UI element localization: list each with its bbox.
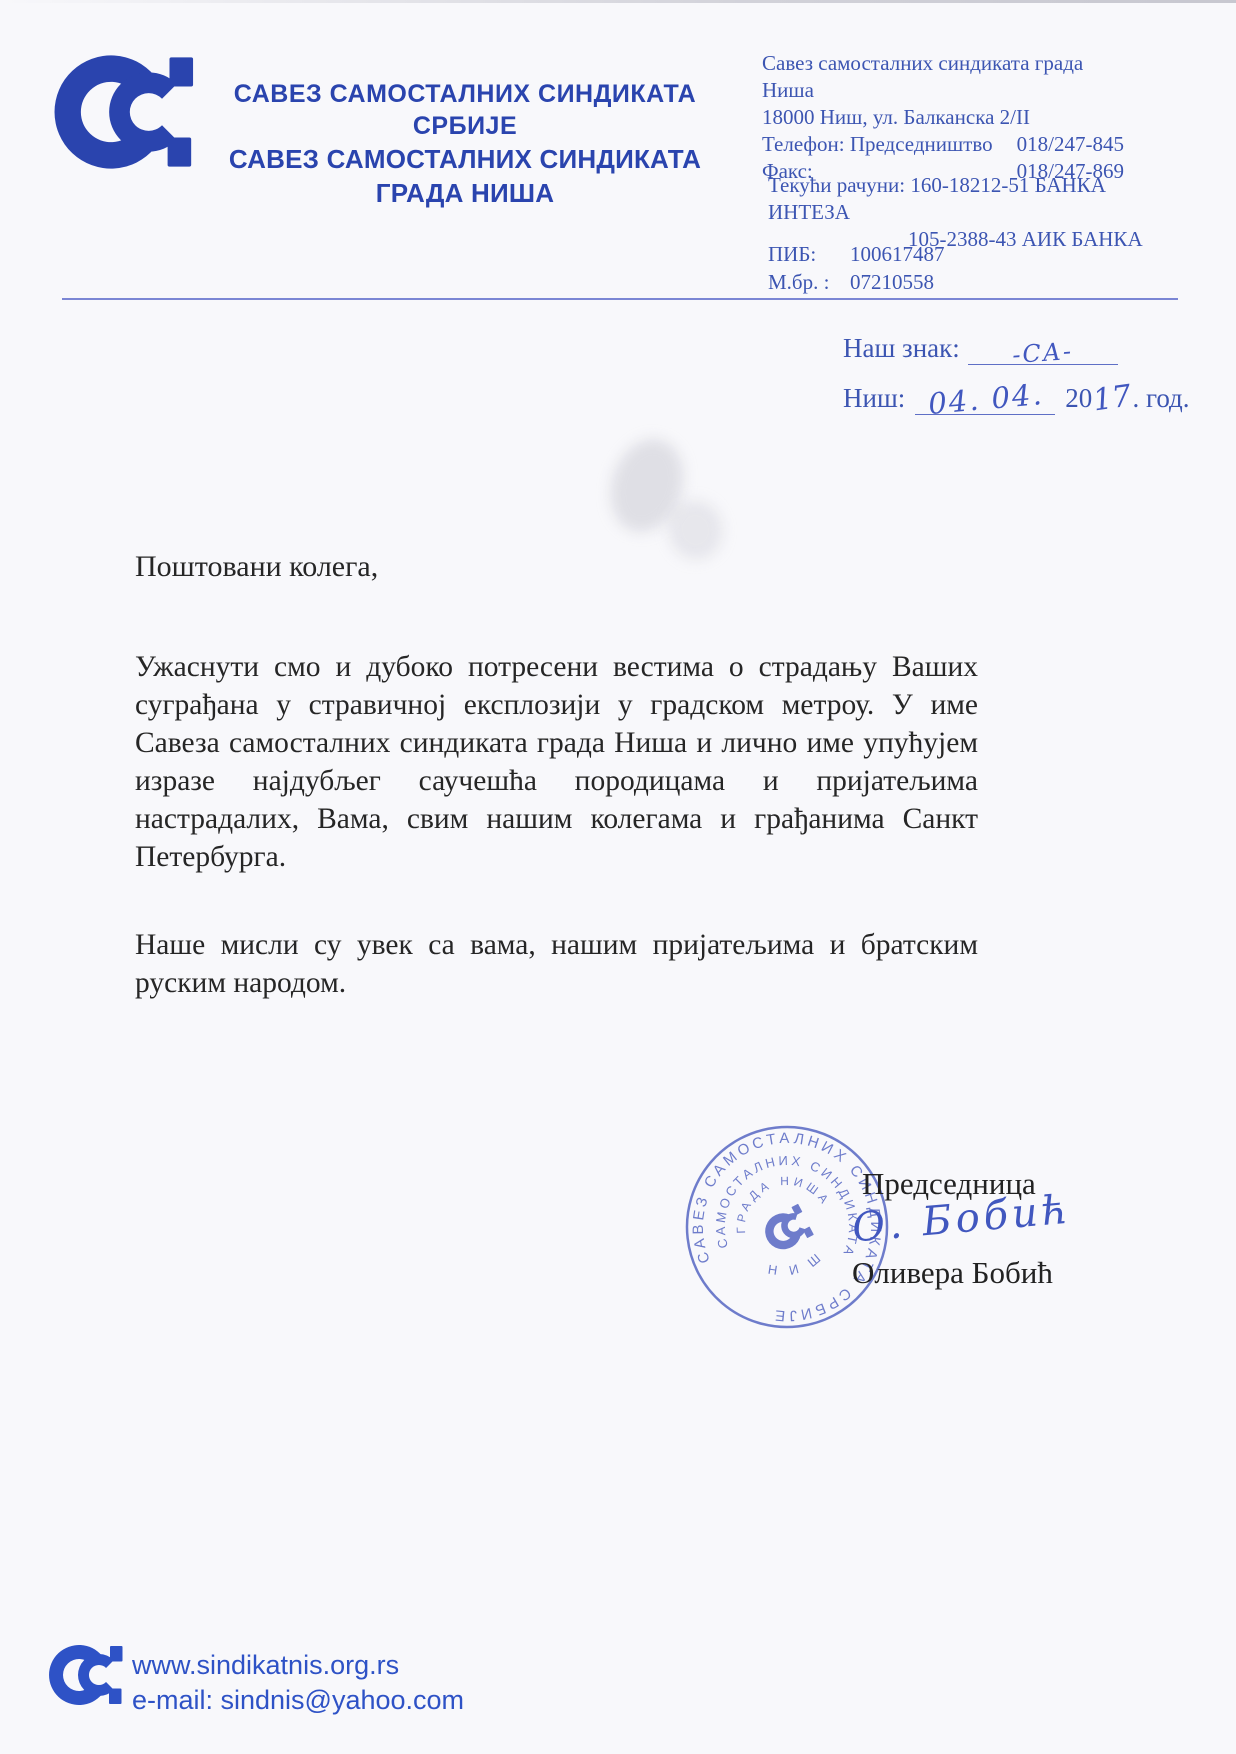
stamp-bottom-city-text: Н И Ш <box>761 1237 828 1291</box>
contact-block: Савез самосталних синдиката града Ниша 1… <box>762 50 1124 185</box>
year-prefix: 20 <box>1065 383 1092 414</box>
accounts-line1: Текући рачуни: 160-18212-51 БАНКА ИНТЕЗА <box>768 172 1168 226</box>
pib-label: ПИБ: <box>768 240 850 268</box>
letter-paragraph-2: Наше мисли су увек са вама, нашим пријат… <box>135 926 978 1002</box>
cc-logo-icon <box>52 46 204 178</box>
footer-contact-block: www.sindikatnis.org.rs e-mail: sindnis@y… <box>132 1648 464 1718</box>
union-cc-logo <box>52 46 204 183</box>
pib-row: ПИБ: 100617487 <box>768 240 1068 268</box>
year-handwritten: 17 <box>1091 379 1134 419</box>
phone-label: Телефон: Председништво <box>762 131 993 158</box>
stamp-center-cc-logo <box>759 1203 815 1255</box>
letter-paragraph-1: Ужаснути смо и дубоко потресени вестима … <box>135 648 978 876</box>
letterhead-divider-line <box>62 298 1178 300</box>
svg-text:Н И Ш: Н И Ш <box>761 1237 828 1291</box>
contact-address: 18000 Ниш, ул. Балканска 2/II <box>762 104 1124 131</box>
salutation: Поштовани колега, <box>135 550 378 584</box>
mbr-row: М.бр. : 07210558 <box>768 268 1068 296</box>
our-reference-label: Наш знак: <box>843 333 960 364</box>
date-row: Ниш: 04. 04. 20 17 . год. <box>843 380 1190 415</box>
org-name-serbia: САВЕЗ САМОСТАЛНИХ СИНДИКАТА СРБИЈЕ <box>185 78 745 142</box>
company-ids-block: ПИБ: 100617487 М.бр. : 07210558 <box>768 240 1068 296</box>
contact-org-name: Савез самосталних синдиката града Ниша <box>762 50 1124 104</box>
cc-logo-icon <box>48 1640 128 1710</box>
phone-number: 018/247-845 <box>1017 131 1124 158</box>
scan-edge-artifact <box>0 0 1236 3</box>
email-address: e-mail: sindnis@yahoo.com <box>132 1683 464 1718</box>
our-reference-handwritten: -СА- <box>1012 337 1075 369</box>
year-suffix: . год. <box>1132 383 1189 414</box>
mbr-label: М.бр. : <box>768 268 850 296</box>
contact-phone-row: Телефон: Председништво 018/247-845 <box>762 131 1124 158</box>
our-reference-blank: -СА- <box>968 333 1118 365</box>
date-blank: 04. 04. <box>915 380 1055 415</box>
org-name-nis: САВЕЗ САМОСТАЛНИХ СИНДИКАТА ГРАДА НИША <box>185 142 745 210</box>
footer-cc-logo <box>48 1640 128 1715</box>
letterhead-org-titles: САВЕЗ САМОСТАЛНИХ СИНДИКАТА СРБИЈЕ САВЕЗ… <box>185 78 745 210</box>
signer-name: Оливера Бобић <box>852 1255 1053 1291</box>
website-url: www.sindikatnis.org.rs <box>132 1648 464 1683</box>
date-handwritten: 04. 04. <box>926 377 1044 421</box>
city-label: Ниш: <box>843 383 905 414</box>
pib-value: 100617487 <box>850 240 945 268</box>
our-reference-row: Наш знак: -СА- <box>843 333 1118 365</box>
accounts-label: Текући рачуни: <box>768 173 905 197</box>
scanned-letter-page: САВЕЗ САМОСТАЛНИХ СИНДИКАТА СРБИЈЕ САВЕЗ… <box>0 0 1236 1754</box>
mbr-value: 07210558 <box>850 268 934 296</box>
